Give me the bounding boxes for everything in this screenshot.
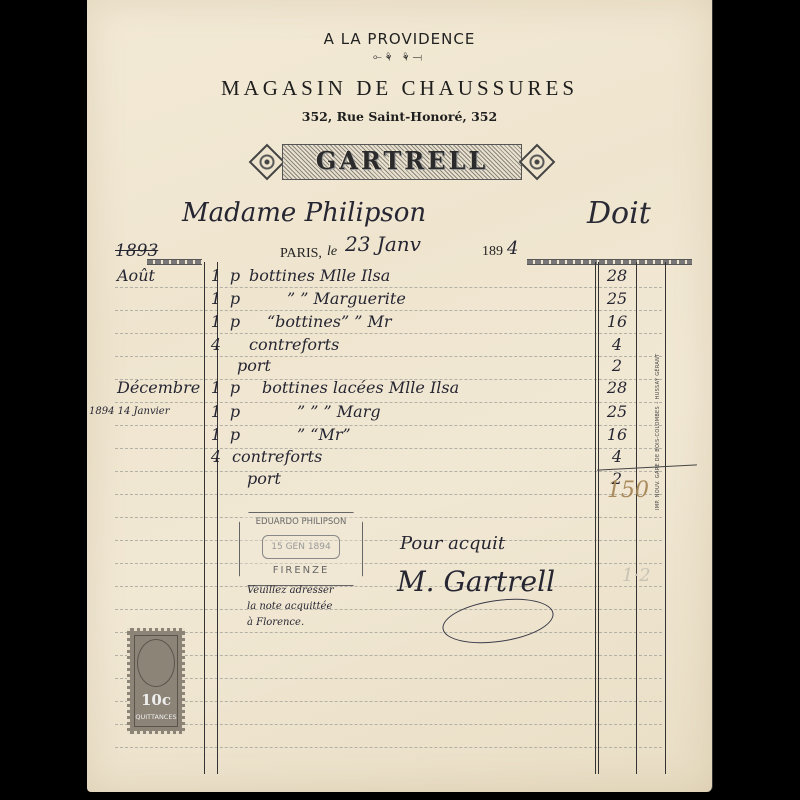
row-desc: contreforts	[249, 335, 339, 354]
row-amount: 2	[602, 356, 632, 375]
row-desc: ” ” Marguerite	[287, 289, 406, 308]
row-amount: 25	[602, 402, 632, 421]
ruled-line	[115, 701, 662, 702]
table-row: 1 p “bottines” ” Mr 16	[87, 312, 712, 335]
stamp-name: EDUARDO PHILIPSON	[240, 517, 362, 527]
row-month: Décembre	[117, 378, 200, 397]
row-qty: 1	[209, 312, 223, 331]
ruled-line	[115, 678, 662, 679]
fiscal-stamp-label: QUITTANCES	[130, 713, 182, 721]
table-row: 4 contreforts 4	[87, 447, 712, 470]
row-unit: p	[225, 312, 245, 331]
ruled-line	[115, 747, 662, 748]
fiscal-stamp: 10c QUITTANCES	[127, 628, 185, 734]
ruled-line	[115, 540, 662, 541]
table-row: port 2	[87, 356, 712, 379]
row-desc: port	[247, 469, 281, 488]
row-desc: ” ” ” Marg	[297, 402, 381, 421]
fiscal-stamp-value: 10c	[130, 691, 182, 709]
table-row: 1894 14 Janvier 1 p ” ” ” Marg 25	[87, 402, 712, 425]
dateline-date: 23 Janv	[345, 232, 421, 256]
table-row: Août 1 p bottines Mlle Ilsa 28	[87, 266, 712, 289]
row-qty: 1	[209, 402, 223, 421]
row-month: Août	[117, 266, 155, 285]
ruled-line	[115, 724, 662, 725]
note-line: à Florence.	[247, 617, 304, 628]
signature: M. Gartrell	[397, 565, 555, 598]
ruled-line	[115, 655, 662, 656]
fiscal-stamp-medallion-icon	[137, 639, 175, 687]
ruled-line	[115, 563, 662, 564]
doit-label: Doit	[587, 196, 651, 231]
dateline-year-handwritten: 4	[507, 238, 518, 259]
table-row: 1 p ” “Mr” 16	[87, 425, 712, 448]
row-desc: bottines Mlle Ilsa	[249, 266, 390, 285]
row-qty: 4	[209, 447, 223, 466]
shop-type-heading: MAGASIN DE CHAUSSURES	[87, 76, 712, 101]
row-desc: ” “Mr”	[297, 425, 351, 444]
invoice-total: 150	[607, 478, 649, 503]
table-row: 1 p ” ” Marguerite 25	[87, 289, 712, 312]
stamp-date: 15 GEN 1894	[262, 535, 340, 559]
printer-imprint: IMP. NOUV. GARE DE BOIS-COLOMBES – HUSSA…	[655, 340, 661, 510]
receiving-stamp: EDUARDO PHILIPSON 15 GEN 1894 FIRENZE	[239, 512, 363, 586]
row-qty: 1	[209, 266, 223, 285]
signature-flourish-icon	[440, 592, 557, 649]
dateline-year-printed: 189	[482, 244, 503, 260]
note-line: Veuillez adresser	[247, 585, 334, 596]
row-unit: p	[225, 425, 245, 444]
row-unit: p	[225, 402, 245, 421]
row-unit: p	[225, 289, 245, 308]
row-amount: 16	[602, 312, 632, 331]
row-desc: port	[237, 356, 271, 375]
row-qty: 1	[209, 425, 223, 444]
ruled-line	[115, 632, 662, 633]
row-desc: bottines lacées Mlle Ilsa	[262, 378, 459, 397]
faded-amount: 1·2	[622, 565, 651, 586]
shop-arc-title: A LA PROVIDENCE	[87, 30, 712, 48]
shop-address: 352, Rue Saint-Honoré, 352	[87, 109, 712, 124]
invoice-paper: A LA PROVIDENCE ⟜⚘ ⚘⟞ MAGASIN DE CHAUSSU…	[87, 0, 713, 792]
row-amount: 28	[602, 378, 632, 397]
header-rule-left	[147, 259, 202, 265]
header-rule-right	[527, 259, 692, 265]
year-left: 1893	[115, 241, 158, 261]
row-month: 1894 14 Janvier	[89, 406, 170, 417]
note-line: la note acquittée	[247, 601, 332, 612]
row-unit: p	[225, 266, 245, 285]
ruled-line	[115, 517, 662, 518]
table-row: 4 contreforts 4	[87, 335, 712, 358]
row-amount: 16	[602, 425, 632, 444]
dateline-le: le	[327, 244, 337, 260]
row-qty: 4	[209, 335, 223, 354]
merchant-name: GARTRELL	[282, 146, 522, 175]
stamp-city: FIRENZE	[240, 565, 362, 576]
ruled-line	[115, 494, 662, 495]
row-amount: 28	[602, 266, 632, 285]
addressee: Madame Philipson	[182, 198, 426, 228]
ruled-line	[115, 609, 662, 610]
row-amount: 4	[602, 447, 632, 466]
dateline-city: PARIS,	[280, 246, 322, 262]
ruled-line	[115, 586, 662, 587]
row-amount: 4	[602, 335, 632, 354]
merchant-banner: GARTRELL	[252, 140, 552, 184]
header-ornament-icon: ⟜⚘ ⚘⟞	[87, 50, 712, 64]
row-desc: “bottines” ” Mr	[267, 312, 392, 331]
row-desc: contreforts	[232, 447, 322, 466]
row-qty: 1	[209, 289, 223, 308]
right-rosette-icon	[522, 140, 552, 184]
left-rosette-icon	[252, 140, 282, 184]
table-row: Décembre 1 p bottines lacées Mlle Ilsa 2…	[87, 378, 712, 401]
row-amount: 25	[602, 289, 632, 308]
acquit-text: Pour acquit	[400, 533, 505, 554]
row-unit: p	[225, 378, 245, 397]
row-qty: 1	[209, 378, 223, 397]
